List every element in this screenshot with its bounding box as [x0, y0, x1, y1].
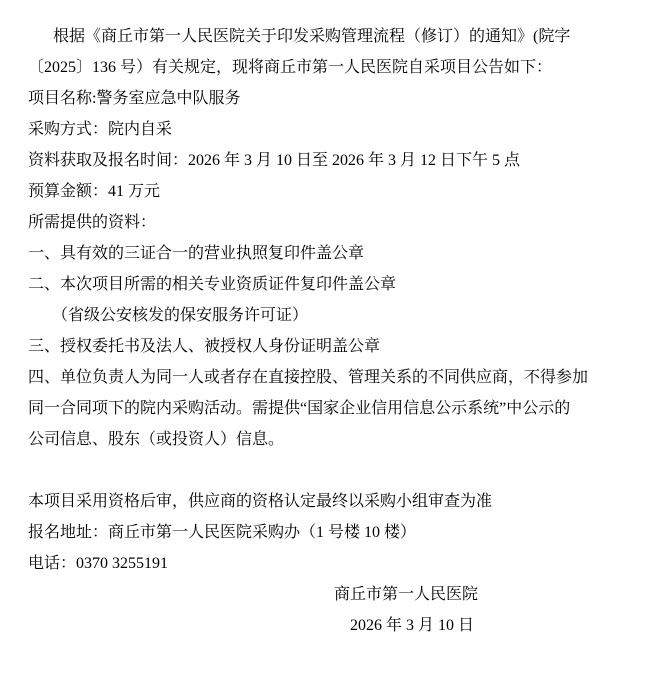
- field-procurement-method: 采购方式：院内自采: [28, 114, 638, 145]
- materials-item-4-line-3: 公司信息、股东（或投资人）信息。: [28, 424, 638, 455]
- materials-item-3: 三、授权委托书及法人、被授权人身份证明盖公章: [28, 331, 638, 362]
- blank-line: [28, 455, 638, 486]
- signature-organization: 商丘市第一人民医院: [28, 579, 638, 610]
- intro-line-2: 〔2025〕136 号）有关规定，现将商丘市第一人民医院自采项目公告如下：: [28, 52, 638, 83]
- materials-item-4-line-2: 同一合同项下的院内采购活动。需提供“国家企业信用信息公示系统”中公示的: [28, 393, 638, 424]
- intro-line-1: 根据《商丘市第一人民医院关于印发采购管理流程（修订）的通知》(院字: [28, 21, 638, 52]
- materials-item-1: 一、具有效的三证合一的营业执照复印件盖公章: [28, 238, 638, 269]
- field-project-name: 项目名称:警务室应急中队服务: [28, 83, 638, 114]
- procurement-announcement-document: 根据《商丘市第一人民医院关于印发采购管理流程（修订）的通知》(院字 〔2025〕…: [0, 0, 664, 677]
- review-note: 本项目采用资格后审，供应商的资格认定最终以采购小组审查为准: [28, 486, 638, 517]
- signature-date: 2026 年 3 月 10 日: [28, 610, 638, 641]
- field-registration-time: 资料获取及报名时间：2026 年 3 月 10 日至 2026 年 3 月 12…: [28, 145, 638, 176]
- materials-item-2-note: （省级公安核发的保安服务许可证）: [28, 300, 638, 331]
- materials-item-4-line-1: 四、单位负责人为同一人或者存在直接控股、管理关系的不同供应商，不得参加: [28, 362, 638, 393]
- field-budget: 预算金额：41 万元: [28, 176, 638, 207]
- field-address: 报名地址：商丘市第一人民医院采购办（1 号楼 10 楼）: [28, 517, 638, 548]
- materials-item-2: 二、本次项目所需的相关专业资质证件复印件盖公章: [28, 269, 638, 300]
- field-phone: 电话：0370 3255191: [28, 548, 638, 579]
- materials-heading: 所需提供的资料：: [28, 207, 638, 238]
